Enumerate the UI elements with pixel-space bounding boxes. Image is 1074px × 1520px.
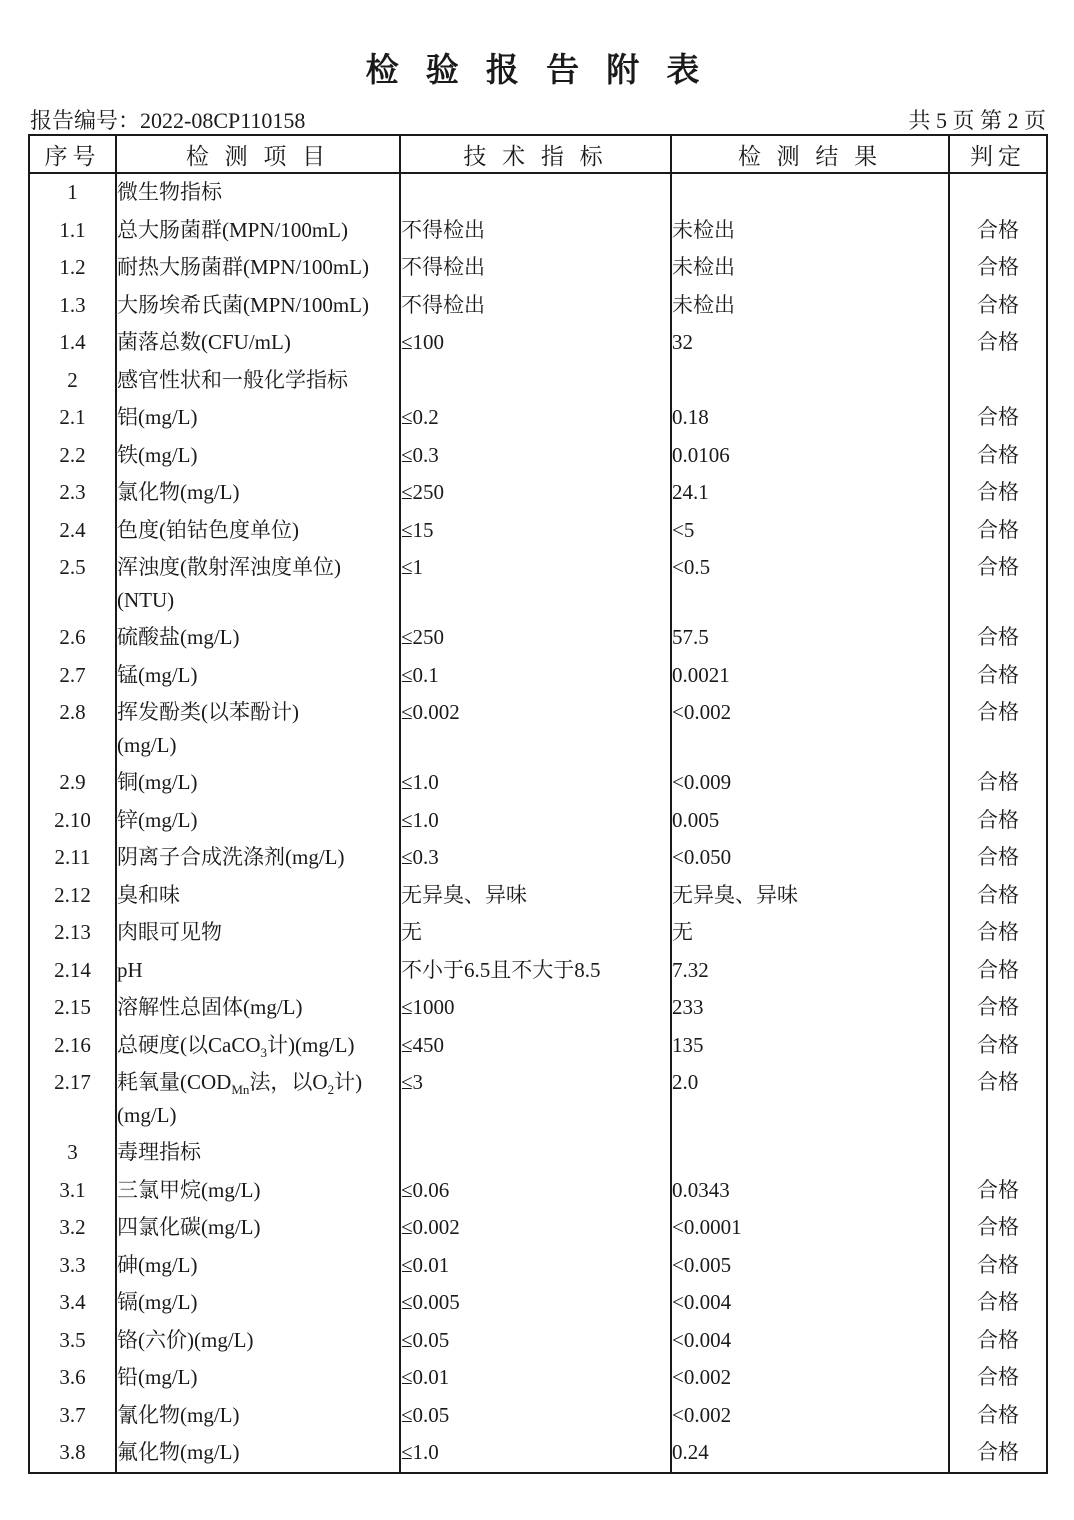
cell-no: 2.2: [29, 437, 116, 475]
cell-item: 铬(六价)(mg/L): [116, 1322, 400, 1360]
cell-no: 2.6: [29, 619, 116, 657]
table-row: 3.4镉(mg/L)≤0.005<0.004合格: [29, 1284, 1047, 1322]
table-row: 1.3大肠埃希氏菌(MPN/100mL)不得检出未检出合格: [29, 287, 1047, 325]
cell-standard: ≤0.05: [400, 1322, 671, 1360]
cell-judgment: 合格: [949, 287, 1047, 325]
cell-no: 3.2: [29, 1209, 116, 1247]
report-page: 检 验 报 告 附 表 报告编号：2022-08CP110158 共 5 页 第…: [0, 0, 1074, 1520]
table-row: 2.17耗氧量(CODMn法，以O2计)(mg/L)≤32.0合格: [29, 1064, 1047, 1134]
cell-standard: 无: [400, 914, 671, 952]
cell-judgment: 合格: [949, 1027, 1047, 1065]
cell-judgment: 合格: [949, 914, 1047, 952]
cell-result: <0.004: [671, 1284, 949, 1322]
cell-standard: ≤0.2: [400, 399, 671, 437]
cell-result: 0.005: [671, 802, 949, 840]
cell-no: 1.1: [29, 212, 116, 250]
cell-no: 3: [29, 1134, 116, 1172]
cell-result: 24.1: [671, 474, 949, 512]
cell-no: 2.5: [29, 549, 116, 619]
cell-item: 浑浊度(散射浑浊度单位)(NTU): [116, 549, 400, 619]
cell-judgment: 合格: [949, 877, 1047, 915]
table-row: 2.1铝(mg/L)≤0.20.18合格: [29, 399, 1047, 437]
cell-standard: 不小于6.5且不大于8.5: [400, 952, 671, 990]
table-row: 3.7氰化物(mg/L)≤0.05<0.002合格: [29, 1397, 1047, 1435]
cell-judgment: 合格: [949, 399, 1047, 437]
cell-no: 3.7: [29, 1397, 116, 1435]
cell-result: <0.009: [671, 764, 949, 802]
cell-no: 2.16: [29, 1027, 116, 1065]
table-row: 2.12臭和味无异臭、异味无异臭、异味合格: [29, 877, 1047, 915]
cell-judgment: 合格: [949, 1209, 1047, 1247]
cell-result: 57.5: [671, 619, 949, 657]
cell-item: 耐热大肠菌群(MPN/100mL): [116, 249, 400, 287]
cell-result: 未检出: [671, 212, 949, 250]
cell-judgment: 合格: [949, 549, 1047, 619]
cell-no: 3.6: [29, 1359, 116, 1397]
cell-result: 32: [671, 324, 949, 362]
cell-result: 7.32: [671, 952, 949, 990]
table-body: 1微生物指标1.1总大肠菌群(MPN/100mL)不得检出未检出合格1.2耐热大…: [29, 173, 1047, 1473]
cell-judgment: 合格: [949, 1322, 1047, 1360]
cell-result: 233: [671, 989, 949, 1027]
cell-result: [671, 362, 949, 400]
cell-item: 硫酸盐(mg/L): [116, 619, 400, 657]
cell-item: 铝(mg/L): [116, 399, 400, 437]
cell-standard: ≤0.01: [400, 1247, 671, 1285]
cell-item: 菌落总数(CFU/mL): [116, 324, 400, 362]
table-row: 3毒理指标: [29, 1134, 1047, 1172]
table-row: 1.2耐热大肠菌群(MPN/100mL)不得检出未检出合格: [29, 249, 1047, 287]
cell-standard: ≤0.1: [400, 657, 671, 695]
cell-judgment: [949, 1134, 1047, 1172]
cell-standard: ≤0.06: [400, 1172, 671, 1210]
table-row: 2.10锌(mg/L)≤1.00.005合格: [29, 802, 1047, 840]
cell-no: 1: [29, 173, 116, 212]
header-standard: 技 术 指 标: [400, 135, 671, 173]
table-row: 3.8氟化物(mg/L)≤1.00.24合格: [29, 1434, 1047, 1473]
cell-result: <0.002: [671, 694, 949, 764]
cell-item: 臭和味: [116, 877, 400, 915]
table-row: 2.6硫酸盐(mg/L)≤25057.5合格: [29, 619, 1047, 657]
table-row: 1.1总大肠菌群(MPN/100mL)不得检出未检出合格: [29, 212, 1047, 250]
report-meta-line: 报告编号：2022-08CP110158 共 5 页 第 2 页: [30, 104, 1046, 135]
cell-judgment: [949, 173, 1047, 212]
cell-judgment: 合格: [949, 1247, 1047, 1285]
cell-item: pH: [116, 952, 400, 990]
cell-item: 锌(mg/L): [116, 802, 400, 840]
cell-result: 0.18: [671, 399, 949, 437]
cell-standard: [400, 1134, 671, 1172]
cell-no: 3.4: [29, 1284, 116, 1322]
table-row: 2.9铜(mg/L)≤1.0<0.009合格: [29, 764, 1047, 802]
table-row: 3.6铅(mg/L)≤0.01<0.002合格: [29, 1359, 1047, 1397]
cell-no: 2.1: [29, 399, 116, 437]
cell-standard: ≤0.005: [400, 1284, 671, 1322]
cell-result: 无: [671, 914, 949, 952]
cell-result: 2.0: [671, 1064, 949, 1134]
cell-judgment: 合格: [949, 1359, 1047, 1397]
header-judgment: 判定: [949, 135, 1047, 173]
cell-standard: ≤0.002: [400, 694, 671, 764]
cell-judgment: 合格: [949, 1397, 1047, 1435]
cell-result: [671, 173, 949, 212]
cell-result: 0.24: [671, 1434, 949, 1473]
cell-result: 无异臭、异味: [671, 877, 949, 915]
cell-standard: ≤0.002: [400, 1209, 671, 1247]
cell-item: 铜(mg/L): [116, 764, 400, 802]
cell-standard: ≤0.3: [400, 839, 671, 877]
cell-standard: [400, 362, 671, 400]
cell-judgment: 合格: [949, 512, 1047, 550]
cell-result: <0.004: [671, 1322, 949, 1360]
cell-item: 挥发酚类(以苯酚计)(mg/L): [116, 694, 400, 764]
results-table: 序号 检 测 项 目 技 术 指 标 检 测 结 果 判定 1微生物指标1.1总…: [28, 134, 1048, 1474]
cell-item: 总大肠菌群(MPN/100mL): [116, 212, 400, 250]
table-row: 2.14pH不小于6.5且不大于8.57.32合格: [29, 952, 1047, 990]
table-row: 3.3砷(mg/L)≤0.01<0.005合格: [29, 1247, 1047, 1285]
table-row: 2.2铁(mg/L)≤0.30.0106合格: [29, 437, 1047, 475]
cell-standard: ≤250: [400, 619, 671, 657]
table-row: 3.5铬(六价)(mg/L)≤0.05<0.004合格: [29, 1322, 1047, 1360]
cell-standard: ≤0.01: [400, 1359, 671, 1397]
cell-standard: ≤100: [400, 324, 671, 362]
cell-no: 2.14: [29, 952, 116, 990]
cell-item: 铅(mg/L): [116, 1359, 400, 1397]
cell-result: [671, 1134, 949, 1172]
table-row: 2.4色度(铂钴色度单位)≤15<5合格: [29, 512, 1047, 550]
cell-no: 2.7: [29, 657, 116, 695]
cell-result: <5: [671, 512, 949, 550]
table-row: 2.13肉眼可见物无无合格: [29, 914, 1047, 952]
table-row: 2.11阴离子合成洗涤剂(mg/L)≤0.3<0.050合格: [29, 839, 1047, 877]
cell-result: 0.0343: [671, 1172, 949, 1210]
table-row: 2.5浑浊度(散射浑浊度单位)(NTU)≤1<0.5合格: [29, 549, 1047, 619]
cell-judgment: 合格: [949, 437, 1047, 475]
cell-result: 135: [671, 1027, 949, 1065]
cell-judgment: 合格: [949, 1172, 1047, 1210]
cell-standard: 不得检出: [400, 287, 671, 325]
cell-result: <0.050: [671, 839, 949, 877]
cell-result: <0.002: [671, 1397, 949, 1435]
cell-standard: ≤0.05: [400, 1397, 671, 1435]
cell-item: 锰(mg/L): [116, 657, 400, 695]
cell-no: 2.12: [29, 877, 116, 915]
cell-standard: ≤0.3: [400, 437, 671, 475]
cell-result: 未检出: [671, 287, 949, 325]
cell-standard: ≤15: [400, 512, 671, 550]
cell-item: 溶解性总固体(mg/L): [116, 989, 400, 1027]
cell-no: 1.3: [29, 287, 116, 325]
cell-no: 1.4: [29, 324, 116, 362]
cell-item: 肉眼可见物: [116, 914, 400, 952]
cell-no: 2.9: [29, 764, 116, 802]
table-row: 1微生物指标: [29, 173, 1047, 212]
header-no: 序号: [29, 135, 116, 173]
cell-no: 2: [29, 362, 116, 400]
cell-standard: 不得检出: [400, 249, 671, 287]
table-row: 2.3氯化物(mg/L)≤25024.1合格: [29, 474, 1047, 512]
cell-item: 四氯化碳(mg/L): [116, 1209, 400, 1247]
cell-judgment: 合格: [949, 249, 1047, 287]
page-count-indicator: 共 5 页 第 2 页: [908, 104, 1046, 135]
cell-judgment: 合格: [949, 839, 1047, 877]
cell-no: 2.17: [29, 1064, 116, 1134]
cell-result: <0.5: [671, 549, 949, 619]
cell-judgment: 合格: [949, 989, 1047, 1027]
cell-judgment: 合格: [949, 212, 1047, 250]
cell-standard: ≤1: [400, 549, 671, 619]
cell-item: 铁(mg/L): [116, 437, 400, 475]
cell-item: 感官性状和一般化学指标: [116, 362, 400, 400]
cell-standard: 无异臭、异味: [400, 877, 671, 915]
cell-no: 2.13: [29, 914, 116, 952]
cell-judgment: 合格: [949, 1284, 1047, 1322]
cell-judgment: 合格: [949, 764, 1047, 802]
cell-judgment: 合格: [949, 324, 1047, 362]
cell-judgment: 合格: [949, 474, 1047, 512]
table-row: 2.15溶解性总固体(mg/L)≤1000233合格: [29, 989, 1047, 1027]
cell-item: 氰化物(mg/L): [116, 1397, 400, 1435]
cell-item: 三氯甲烷(mg/L): [116, 1172, 400, 1210]
cell-item: 总硬度(以CaCO3计)(mg/L): [116, 1027, 400, 1065]
report-number-value: 2022-08CP110158: [140, 108, 305, 133]
cell-no: 2.11: [29, 839, 116, 877]
cell-judgment: 合格: [949, 1064, 1047, 1134]
cell-result: <0.005: [671, 1247, 949, 1285]
cell-judgment: [949, 362, 1047, 400]
table-row: 2.16总硬度(以CaCO3计)(mg/L)≤450135合格: [29, 1027, 1047, 1065]
cell-no: 3.1: [29, 1172, 116, 1210]
cell-no: 2.8: [29, 694, 116, 764]
cell-item: 砷(mg/L): [116, 1247, 400, 1285]
cell-standard: ≤450: [400, 1027, 671, 1065]
cell-result: <0.002: [671, 1359, 949, 1397]
table-row: 2.7锰(mg/L)≤0.10.0021合格: [29, 657, 1047, 695]
cell-result: <0.0001: [671, 1209, 949, 1247]
cell-standard: ≤3: [400, 1064, 671, 1134]
cell-standard: ≤1.0: [400, 802, 671, 840]
cell-no: 2.15: [29, 989, 116, 1027]
cell-item: 毒理指标: [116, 1134, 400, 1172]
cell-standard: [400, 173, 671, 212]
table-header-row: 序号 检 测 项 目 技 术 指 标 检 测 结 果 判定: [29, 135, 1047, 173]
header-item: 检 测 项 目: [116, 135, 400, 173]
cell-judgment: 合格: [949, 657, 1047, 695]
cell-item: 微生物指标: [116, 173, 400, 212]
page-title: 检 验 报 告 附 表: [0, 44, 1074, 91]
cell-no: 2.10: [29, 802, 116, 840]
cell-no: 1.2: [29, 249, 116, 287]
table-row: 1.4菌落总数(CFU/mL)≤10032合格: [29, 324, 1047, 362]
cell-item: 氯化物(mg/L): [116, 474, 400, 512]
cell-result: 0.0106: [671, 437, 949, 475]
cell-judgment: 合格: [949, 1434, 1047, 1473]
cell-item: 镉(mg/L): [116, 1284, 400, 1322]
cell-item: 大肠埃希氏菌(MPN/100mL): [116, 287, 400, 325]
cell-standard: ≤1000: [400, 989, 671, 1027]
cell-judgment: 合格: [949, 952, 1047, 990]
header-result: 检 测 结 果: [671, 135, 949, 173]
cell-item: 色度(铂钴色度单位): [116, 512, 400, 550]
cell-standard: ≤1.0: [400, 1434, 671, 1473]
cell-result: 0.0021: [671, 657, 949, 695]
table-row: 2感官性状和一般化学指标: [29, 362, 1047, 400]
cell-judgment: 合格: [949, 619, 1047, 657]
cell-standard: 不得检出: [400, 212, 671, 250]
cell-no: 3.3: [29, 1247, 116, 1285]
cell-item: 阴离子合成洗涤剂(mg/L): [116, 839, 400, 877]
cell-no: 2.4: [29, 512, 116, 550]
cell-no: 2.3: [29, 474, 116, 512]
report-number: 报告编号：2022-08CP110158: [30, 104, 305, 135]
table-row: 2.8挥发酚类(以苯酚计)(mg/L)≤0.002<0.002合格: [29, 694, 1047, 764]
cell-judgment: 合格: [949, 802, 1047, 840]
cell-item: 氟化物(mg/L): [116, 1434, 400, 1473]
table-row: 3.2四氯化碳(mg/L)≤0.002<0.0001合格: [29, 1209, 1047, 1247]
cell-standard: ≤1.0: [400, 764, 671, 802]
cell-result: 未检出: [671, 249, 949, 287]
cell-judgment: 合格: [949, 694, 1047, 764]
cell-standard: ≤250: [400, 474, 671, 512]
cell-no: 3.8: [29, 1434, 116, 1473]
cell-item: 耗氧量(CODMn法，以O2计)(mg/L): [116, 1064, 400, 1134]
cell-no: 3.5: [29, 1322, 116, 1360]
table-row: 3.1三氯甲烷(mg/L)≤0.060.0343合格: [29, 1172, 1047, 1210]
report-number-label: 报告编号：: [30, 108, 140, 133]
